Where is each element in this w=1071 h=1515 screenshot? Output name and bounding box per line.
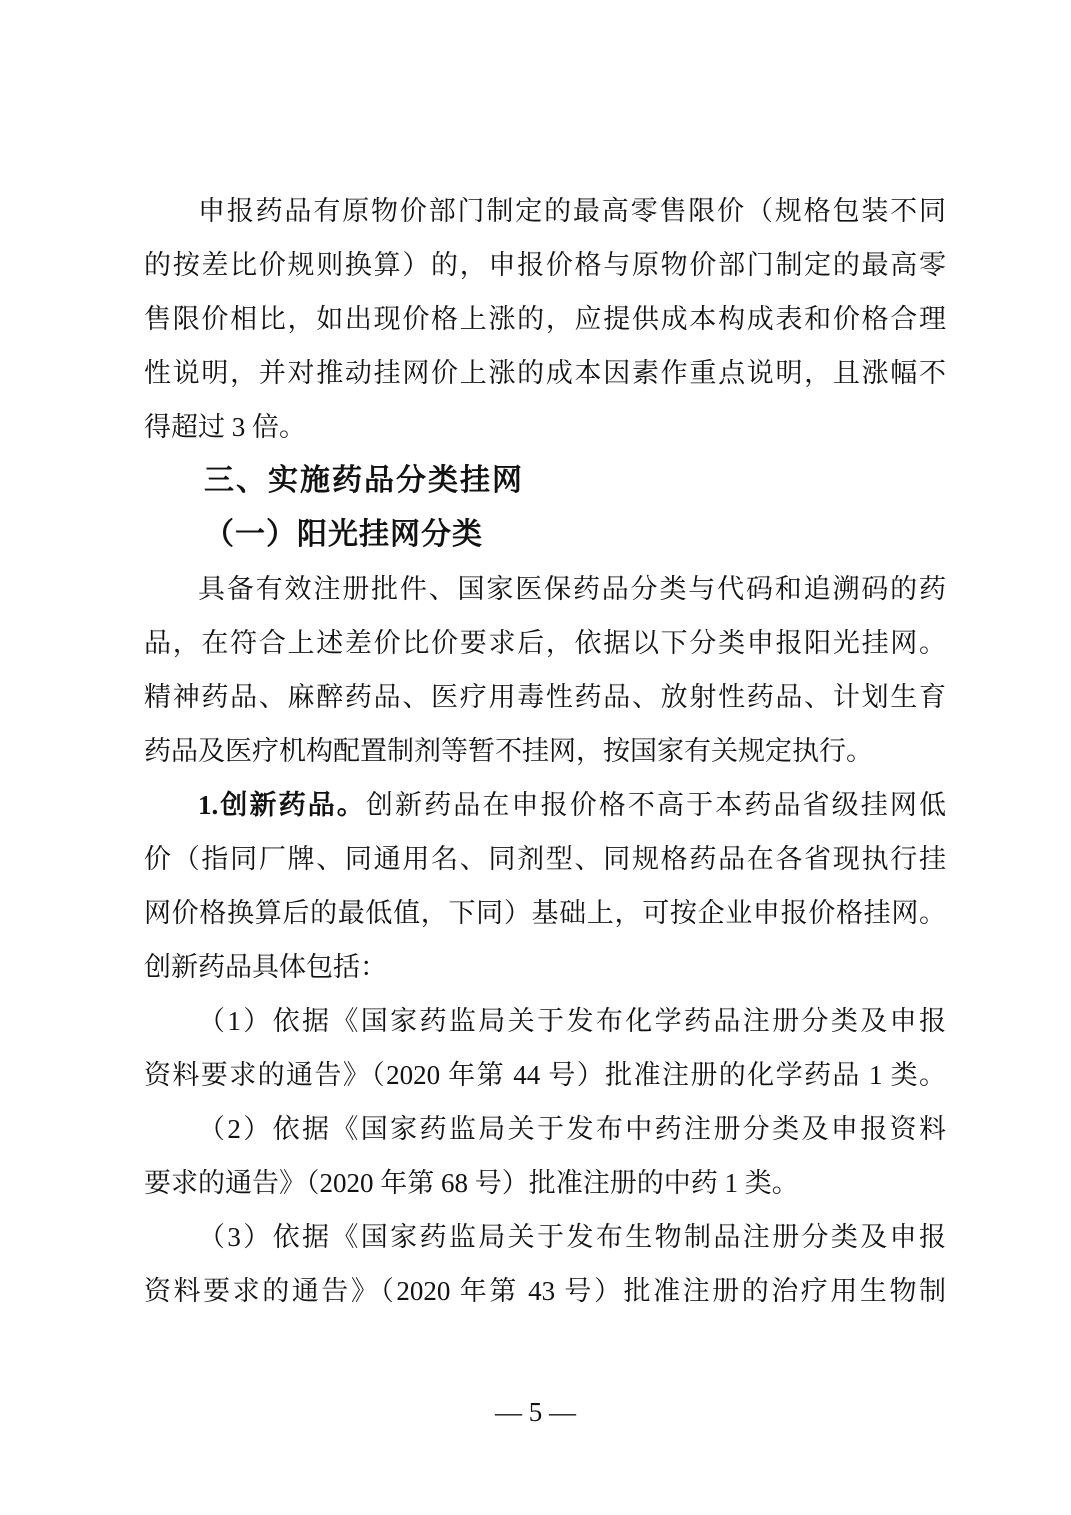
text-line: 售限价相比，如出现价格上涨的，应提供成本构成表和价格合理	[144, 292, 946, 346]
paragraph-sunshine-listing: 具备有效注册批件、国家医保药品分类与代码和追溯码的药 品，在符合上述差价比价要求…	[144, 562, 946, 778]
text-line: （2）依据《国家药监局关于发布中药注册分类及申报资料	[144, 1102, 946, 1156]
text-line: 资料要求的通告》（2020 年第 44 号）批准注册的化学药品 1 类。	[144, 1048, 946, 1102]
text-line: 得超过 3 倍。	[144, 400, 946, 454]
text-line: 性说明，并对推动挂网价上涨的成本因素作重点说明，且涨幅不	[144, 346, 946, 400]
text-line: 资料要求的通告》（2020 年第 43 号）批准注册的治疗用生物制	[144, 1264, 946, 1318]
text-line: 创新药品具体包括：	[144, 940, 946, 994]
paragraph-price-limit: 申报药品有原物价部门制定的最高零售限价（规格包装不同 的按差比价规则换算）的，申…	[144, 184, 946, 454]
paragraph-item-2-tcm-drugs: （2）依据《国家药监局关于发布中药注册分类及申报资料 要求的通告》（2020 年…	[144, 1102, 946, 1210]
text-line: 精神药品、麻醉药品、医疗用毒性药品、放射性药品、计划生育	[144, 670, 946, 724]
text-line: 药品及医疗机构配置制剂等暂不挂网，按国家有关规定执行。	[144, 724, 946, 778]
subsection-heading: （一）阳光挂网分类	[144, 508, 946, 562]
text-line: 价（指同厂牌、同通用名、同剂型、同规格药品在各省现执行挂	[144, 832, 946, 886]
text-line: （1）依据《国家药监局关于发布化学药品注册分类及申报	[144, 994, 946, 1048]
run-in-heading: 1.创新药品。	[198, 790, 366, 820]
text-line: 品，在符合上述差价比价要求后，依据以下分类申报阳光挂网。	[144, 616, 946, 670]
paragraph-innovative-drugs: 1.创新药品。创新药品在申报价格不高于本药品省级挂网低 价（指同厂牌、同通用名、…	[144, 778, 946, 994]
text-line: 申报药品有原物价部门制定的最高零售限价（规格包装不同	[144, 184, 946, 238]
text-run: 创新药品在申报价格不高于本药品省级挂网低	[366, 790, 946, 820]
document-page: 申报药品有原物价部门制定的最高零售限价（规格包装不同 的按差比价规则换算）的，申…	[0, 0, 1071, 1515]
page-number: — 5 —	[0, 1392, 1071, 1432]
text-line: 具备有效注册批件、国家医保药品分类与代码和追溯码的药	[144, 562, 946, 616]
section-heading: 三、实施药品分类挂网	[144, 454, 946, 508]
text-line: 网价格换算后的最低值，下同）基础上，可按企业申报价格挂网。	[144, 886, 946, 940]
document-body: 申报药品有原物价部门制定的最高零售限价（规格包装不同 的按差比价规则换算）的，申…	[144, 184, 946, 1318]
paragraph-item-3-biological-products: （3）依据《国家药监局关于发布生物制品注册分类及申报 资料要求的通告》（2020…	[144, 1210, 946, 1318]
text-line: （3）依据《国家药监局关于发布生物制品注册分类及申报	[144, 1210, 946, 1264]
text-line: 的按差比价规则换算）的，申报价格与原物价部门制定的最高零	[144, 238, 946, 292]
text-line: 1.创新药品。创新药品在申报价格不高于本药品省级挂网低	[144, 778, 946, 832]
paragraph-item-1-chemical-drugs: （1）依据《国家药监局关于发布化学药品注册分类及申报 资料要求的通告》（2020…	[144, 994, 946, 1102]
text-line: 要求的通告》（2020 年第 68 号）批准注册的中药 1 类。	[144, 1156, 946, 1210]
